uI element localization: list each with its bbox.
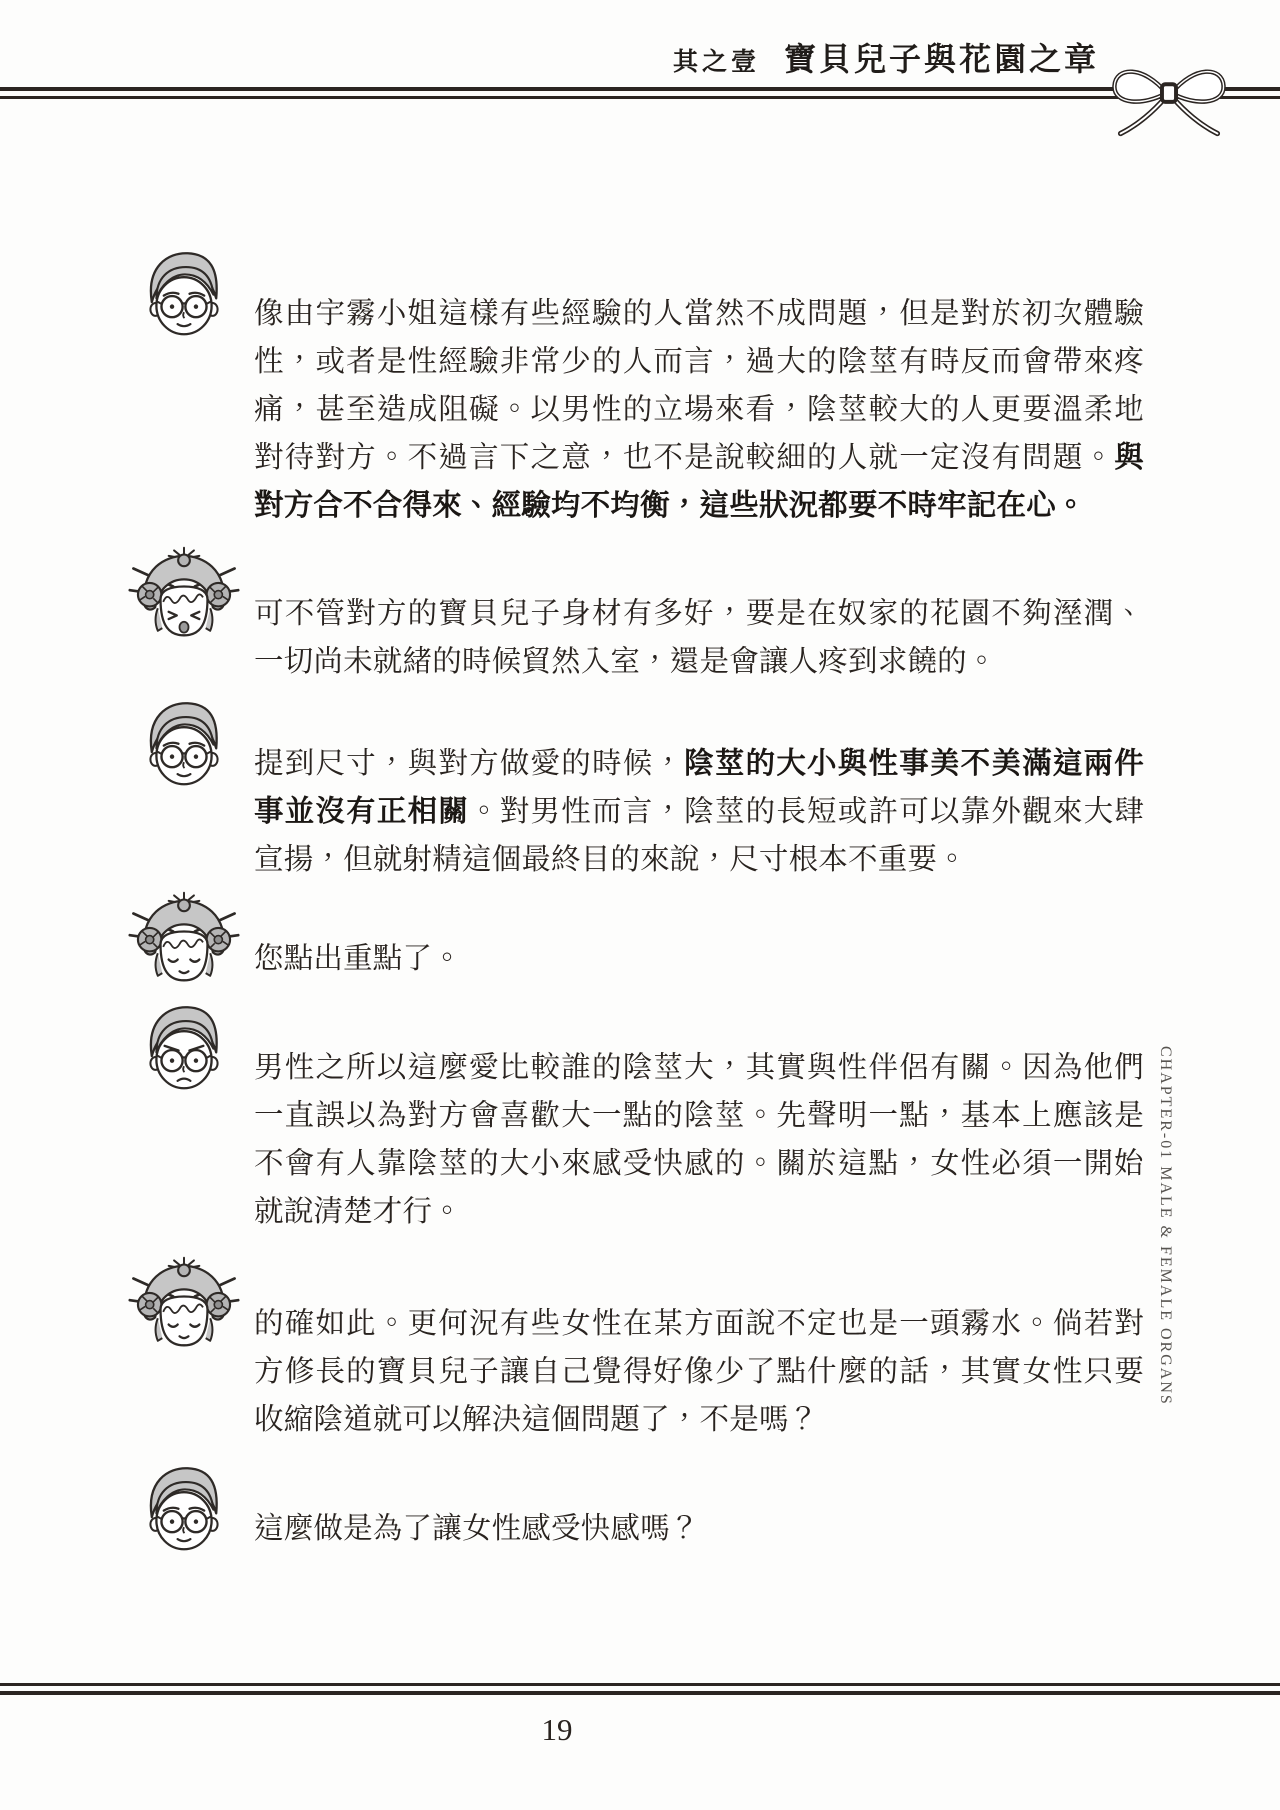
- dialogue-text: 的確如此。更何況有些女性在某方面說不定也是一頭霧水。倘若對方修長的寶貝兒子讓自己…: [254, 1300, 1144, 1444]
- dialogue-row-7-grandpa: 這麼做是為了讓女性感受快感嗎？: [128, 1505, 1158, 1563]
- grandpa-avatar: [128, 245, 240, 348]
- dialogue-row-3-grandpa: 提到尺寸，與對方做愛的時候，陰莖的大小與性事美不美滿這兩件事並沒有正相關。對男性…: [128, 740, 1158, 884]
- courtesan-avatar: [128, 890, 240, 995]
- chapter-title: 寶貝兒子與花園之章: [784, 34, 1099, 80]
- book-page: 其之壹 寶貝兒子與花園之章 像: [0, 0, 1280, 1810]
- dialogue-row-1-grandpa: 像由宇霧小姐這樣有些經驗的人當然不成問題，但是對於初次體驗性，或者是性經驗非常少…: [128, 290, 1158, 530]
- dialogue-text: 可不管對方的寶貝兒子身材有多好，要是在奴家的花園不夠溼潤、一切尚未就緒的時候貿然…: [254, 590, 1144, 686]
- grandpa-avatar: [128, 999, 240, 1102]
- dialogue-text: 像由宇霧小姐這樣有些經驗的人當然不成問題，但是對於初次體驗性，或者是性經驗非常少…: [254, 290, 1144, 530]
- grandpa-avatar: [128, 695, 240, 798]
- top-double-rule: [0, 87, 1280, 99]
- courtesan-avatar: [128, 545, 240, 650]
- dialogue-text: 這麼做是為了讓女性感受快感嗎？: [254, 1505, 1144, 1553]
- dialogue-text: 您點出重點了。: [254, 935, 1144, 983]
- dialogue-row-2-courtesan: 可不管對方的寶貝兒子身材有多好，要是在奴家的花園不夠溼潤、一切尚未就緒的時候貿然…: [128, 590, 1158, 686]
- dialogue-row-6-courtesan: 的確如此。更何況有些女性在某方面說不定也是一頭霧水。倘若對方修長的寶貝兒子讓自己…: [128, 1300, 1158, 1444]
- dialogue-text: 提到尺寸，與對方做愛的時候，陰莖的大小與性事美不美滿這兩件事並沒有正相關。對男性…: [254, 740, 1144, 884]
- page-number: 19: [517, 1712, 597, 1748]
- courtesan-avatar: [128, 1255, 240, 1360]
- ribbon-bow-icon: [1103, 42, 1235, 148]
- dialogue-row-4-courtesan: 您點出重點了。: [128, 935, 1158, 995]
- chapter-side-label: CHAPTER-01 MALE & FEMALE ORGANS: [1156, 1046, 1174, 1406]
- dialogue-row-5-grandpa: 男性之所以這麼愛比較誰的陰莖大，其實與性伴侶有關。因為他們一直誤以為對方會喜歡大…: [128, 1044, 1158, 1236]
- grandpa-avatar: [128, 1460, 240, 1563]
- bottom-double-rule: [0, 1683, 1280, 1695]
- chapter-number-label: 其之壹: [673, 42, 760, 78]
- dialogue-text: 男性之所以這麼愛比較誰的陰莖大，其實與性伴侶有關。因為他們一直誤以為對方會喜歡大…: [254, 1044, 1144, 1236]
- chapter-heading: 其之壹 寶貝兒子與花園之章: [673, 34, 1099, 80]
